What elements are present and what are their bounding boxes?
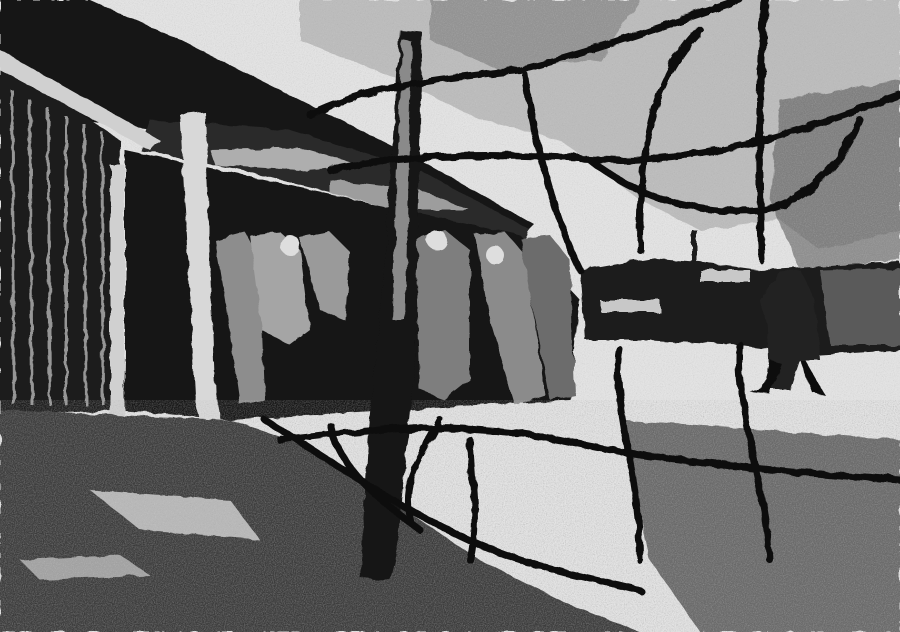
artwork-print: monochrome relief print bbox=[0, 0, 900, 632]
artwork-canvas bbox=[0, 0, 900, 632]
